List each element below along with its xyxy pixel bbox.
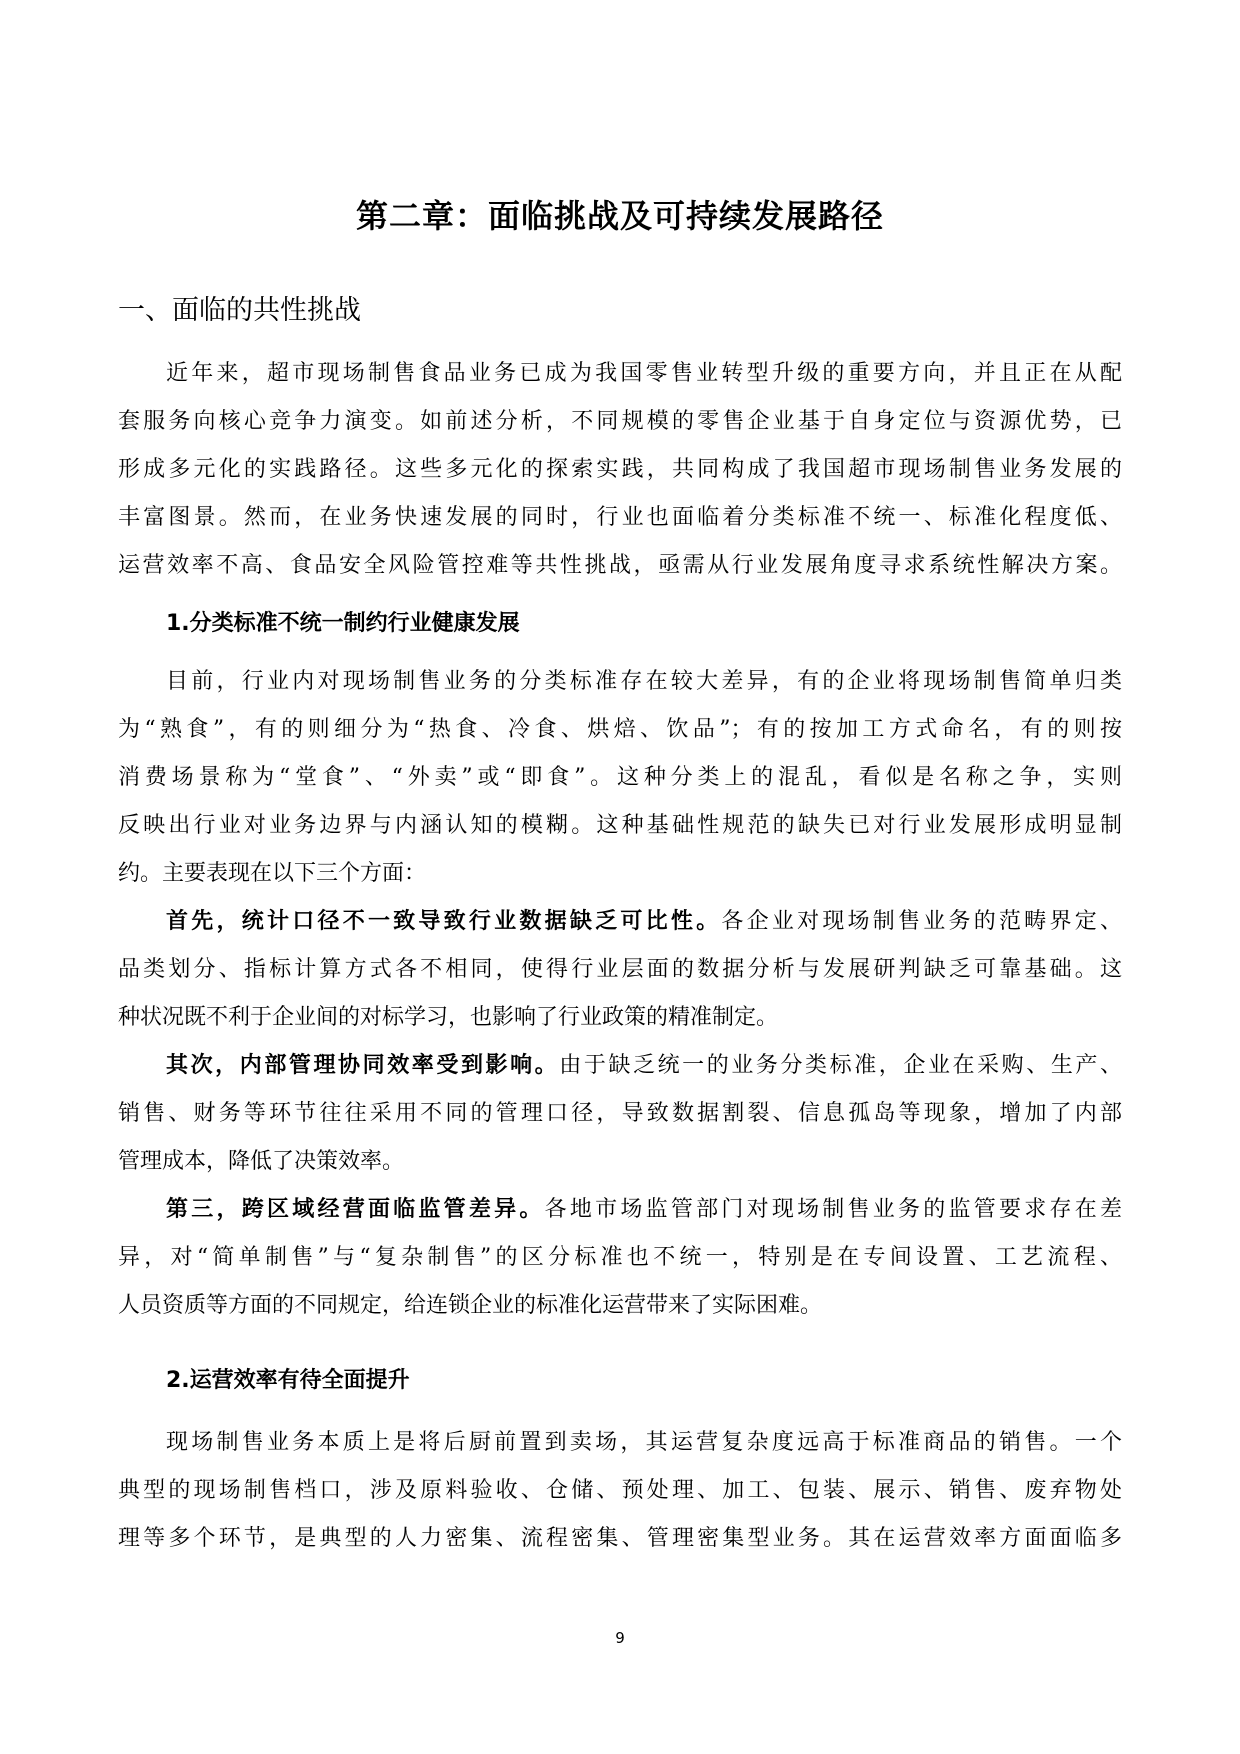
paragraph-line: 异，对“简单制售”与“复杂制售”的区分标准也不统一，特别是在专间设置、工艺流程、 bbox=[118, 1243, 1122, 1273]
paragraph-line: 种状况既不利于企业间的对标学习，也影响了行业政策的精准制定。 bbox=[118, 1003, 1122, 1033]
point-text: 各企业对现场制售业务的范畴界定、 bbox=[721, 909, 1122, 934]
section-title: 一、面临的共性挑战 bbox=[118, 293, 361, 329]
paragraph-line: 其次，内部管理协同效率受到影响。由于缺乏统一的业务分类标准，企业在采购、生产、 bbox=[118, 1051, 1122, 1081]
subsection-heading-2: 2.运营效率有待全面提升 bbox=[166, 1366, 410, 1396]
paragraph-line: 第三，跨区域经营面临监管差异。各地市场监管部门对现场制售业务的监管要求存在差 bbox=[118, 1195, 1122, 1225]
document-page: 第二章：面临挑战及可持续发展路径 一、面临的共性挑战 近年来，超市现场制售食品业… bbox=[0, 0, 1240, 1754]
paragraph-line: 消费场景称为“堂食”、“外卖”或“即食”。这种分类上的混乱，看似是名称之争，实则 bbox=[118, 763, 1122, 793]
paragraph-line: 丰富图景。然而，在业务快速发展的同时，行业也面临着分类标准不统一、标准化程度低、 bbox=[118, 503, 1122, 533]
paragraph-line: 理等多个环节，是典型的人力密集、流程密集、管理密集型业务。其在运营效率方面面临多 bbox=[118, 1524, 1122, 1554]
chapter-title: 第二章：面临挑战及可持续发展路径 bbox=[0, 196, 1240, 236]
paragraph-line: 反映出行业对业务边界与内涵认知的模糊。这种基础性规范的缺失已对行业发展形成明显制 bbox=[118, 811, 1122, 841]
point-text: 各地市场监管部门对现场制售业务的监管要求存在差 bbox=[545, 1197, 1122, 1222]
paragraph-line: 运营效率不高、食品安全风险管控难等共性挑战，亟需从行业发展角度寻求系统性解决方案… bbox=[118, 551, 1122, 581]
paragraph-line: 目前，行业内对现场制售业务的分类标准存在较大差异，有的企业将现场制售简单归类 bbox=[118, 667, 1122, 697]
point-text: 由于缺乏统一的业务分类标准，企业在采购、生产、 bbox=[559, 1053, 1122, 1078]
paragraph-line: 人员资质等方面的不同规定，给连锁企业的标准化运营带来了实际困难。 bbox=[118, 1291, 1122, 1321]
paragraph-line: 现场制售业务本质上是将后厨前置到卖场，其运营复杂度远高于标准商品的销售。一个 bbox=[118, 1428, 1122, 1458]
point-lead: 第三，跨区域经营面临监管差异。 bbox=[166, 1197, 545, 1222]
point-lead: 其次，内部管理协同效率受到影响。 bbox=[166, 1053, 559, 1078]
point-lead: 首先，统计口径不一致导致行业数据缺乏可比性。 bbox=[166, 909, 721, 934]
paragraph-line: 管理成本，降低了决策效率。 bbox=[118, 1147, 1122, 1177]
paragraph-line: 形成多元化的实践路径。这些多元化的探索实践，共同构成了我国超市现场制售业务发展的 bbox=[118, 455, 1122, 485]
paragraph-line: 典型的现场制售档口，涉及原料验收、仓储、预处理、加工、包装、展示、销售、废弃物处 bbox=[118, 1476, 1122, 1506]
page-number: 9 bbox=[0, 1628, 1240, 1648]
paragraph-line: 品类划分、指标计算方式各不相同，使得行业层面的数据分析与发展研判缺乏可靠基础。这 bbox=[118, 955, 1122, 985]
subsection-heading-1: 1.分类标准不统一制约行业健康发展 bbox=[166, 609, 520, 639]
paragraph-line: 销售、财务等环节往往采用不同的管理口径，导致数据割裂、信息孤岛等现象，增加了内部 bbox=[118, 1099, 1122, 1129]
paragraph-line: 为“熟食”，有的则细分为“热食、冷食、烘焙、饮品”；有的按加工方式命名，有的则按 bbox=[118, 715, 1122, 745]
paragraph-line: 近年来，超市现场制售食品业务已成为我国零售业转型升级的重要方向，并且正在从配 bbox=[118, 359, 1122, 389]
paragraph-line: 首先，统计口径不一致导致行业数据缺乏可比性。各企业对现场制售业务的范畴界定、 bbox=[118, 907, 1122, 937]
paragraph-line: 套服务向核心竞争力演变。如前述分析，不同规模的零售企业基于自身定位与资源优势，已 bbox=[118, 407, 1122, 437]
paragraph-line: 约。主要表现在以下三个方面： bbox=[118, 859, 1122, 889]
